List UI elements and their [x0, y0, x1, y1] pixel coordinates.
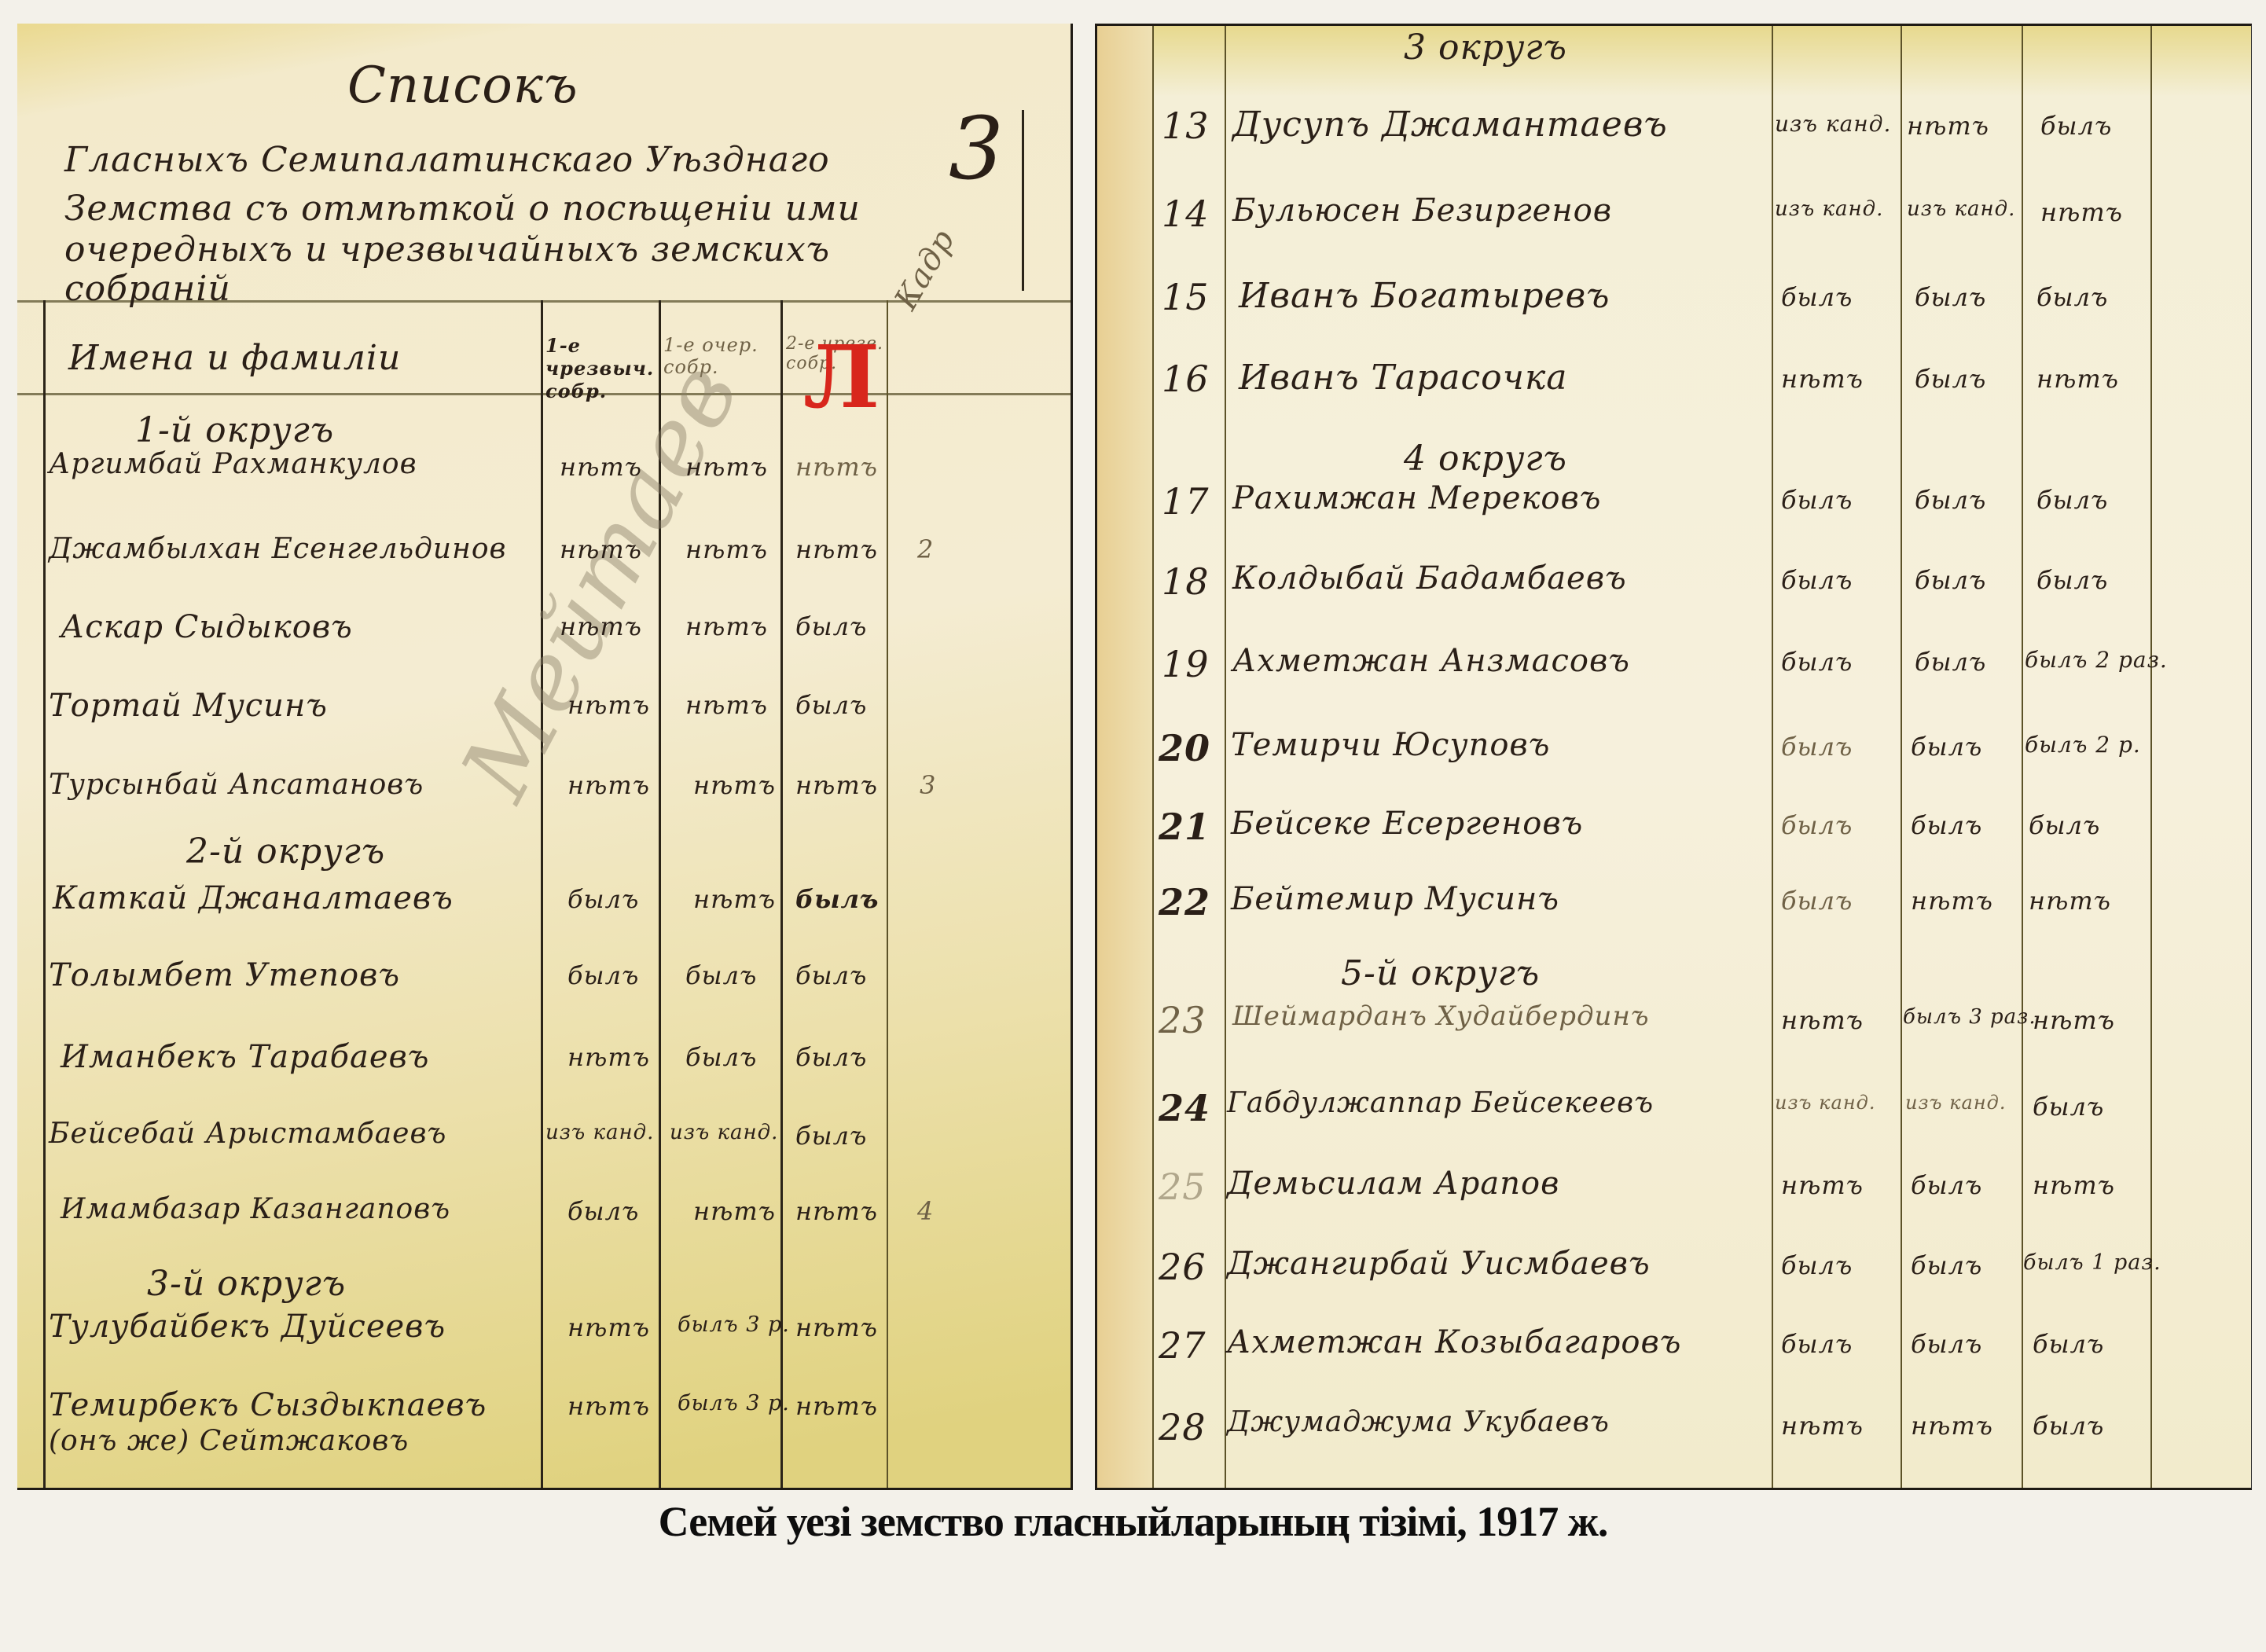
- row-col3: былъ: [795, 690, 867, 720]
- row-col1: нѣтъ: [1781, 364, 1864, 394]
- row-col1: былъ: [1781, 1329, 1853, 1359]
- row-col2: былъ: [1911, 1329, 1982, 1359]
- row-col1: нѣтъ: [567, 690, 650, 720]
- row-col3: былъ: [2033, 1092, 2104, 1122]
- column-rule-name: [541, 300, 543, 1488]
- row-name: Бейсебай Арыстамбаевъ: [49, 1118, 446, 1150]
- row-name: Демьсилам Арапов: [1227, 1166, 1559, 1202]
- row-col1: нѣтъ: [1781, 1005, 1864, 1035]
- row-number: 27: [1159, 1324, 1206, 1367]
- row-col2: изъ канд.: [670, 1121, 778, 1144]
- row-name: Колдыбай Бадамбаевъ: [1232, 560, 1627, 597]
- row-name: Каткай Джаналтаевъ: [53, 880, 454, 916]
- row-col1: былъ: [567, 884, 639, 914]
- row-name: Бейтемир Мусинъ: [1231, 881, 1559, 917]
- column-rule-number: [1152, 26, 1154, 1488]
- row-col2: нѣтъ: [685, 534, 768, 564]
- section-heading: 1-й округъ: [135, 410, 334, 450]
- section-heading: 3 округъ: [1404, 28, 1567, 68]
- column-rule-number: [43, 300, 46, 1488]
- row-col3: нѣтъ: [2029, 886, 2111, 916]
- row-number: 14: [1162, 193, 1210, 235]
- row-col2: нѣтъ: [1911, 1411, 1993, 1441]
- right-document-page: 3 округъ 13 Дусупъ Джамантаевъ изъ канд.…: [1095, 24, 2252, 1490]
- column-rule-col2: [1901, 26, 1902, 1488]
- row-col2: былъ: [1915, 364, 1986, 394]
- row-number: 21: [1159, 806, 1210, 848]
- row-col1: нѣтъ: [560, 534, 642, 564]
- subtitle-line-2: Земства съ отмѣткой о посѣщеніи ими: [64, 189, 861, 229]
- row-col1: изъ канд.: [1775, 1092, 1875, 1114]
- row-col2: былъ: [1911, 732, 1982, 762]
- row-col3: былъ: [2033, 1329, 2104, 1359]
- row-col1: былъ: [1781, 810, 1853, 840]
- row-margin-note: 2: [917, 534, 934, 564]
- row-col3: былъ: [2029, 810, 2100, 840]
- page-edge-strip: [1097, 26, 1152, 1488]
- row-col3: былъ: [2040, 111, 2112, 141]
- column-rule-name: [1225, 26, 1226, 1488]
- row-col3: нѣтъ: [795, 1196, 878, 1226]
- row-name: Габдулжаппар Бейсекеевъ: [1227, 1087, 1654, 1119]
- row-col1: нѣтъ: [567, 1391, 650, 1421]
- header-names: Имена и фамиліи: [68, 338, 401, 378]
- row-col2: нѣтъ: [685, 611, 768, 641]
- header-bottom-rule: [17, 393, 1071, 395]
- row-number: 18: [1162, 560, 1210, 603]
- row-name: Имамбазар Казангаповъ: [61, 1193, 450, 1225]
- row-name: Тортай Мусинъ: [49, 688, 328, 724]
- row-col1: былъ: [1781, 732, 1853, 762]
- row-col1: былъ: [567, 1196, 639, 1226]
- row-name: Джамбылхан Есенгельдинов: [49, 533, 506, 565]
- row-col3: былъ: [2036, 485, 2108, 515]
- row-col2: былъ: [1911, 1250, 1982, 1280]
- row-col3: нѣтъ: [2033, 1170, 2115, 1200]
- row-number: 24: [1159, 1087, 1210, 1129]
- section-heading: 2-й округъ: [186, 832, 385, 872]
- corner-bracket-rule: [1022, 110, 1024, 291]
- row-name: Иванъ Богатыревъ: [1239, 276, 1610, 316]
- row-name: Аскар Сыдыковъ: [61, 609, 353, 645]
- row-col3: нѣтъ: [795, 1312, 878, 1342]
- section-heading: 3-й округъ: [147, 1264, 346, 1304]
- row-col2: нѣтъ: [1907, 111, 1989, 141]
- section-heading: 4 округъ: [1404, 439, 1567, 479]
- red-ink-mark: Л: [803, 326, 880, 428]
- row-col1: нѣтъ: [567, 770, 650, 800]
- row-number: 13: [1162, 105, 1210, 147]
- row-number: 28: [1159, 1406, 1206, 1448]
- row-number: 25: [1159, 1166, 1206, 1208]
- document-title: Списокъ: [347, 57, 578, 115]
- row-name: Тулубайбекъ Дуйсеевъ: [49, 1309, 446, 1345]
- row-col2: нѣтъ: [685, 452, 768, 482]
- subtitle-line-1: Гласныхъ Семипалатинскаго Уѣзднаго: [64, 140, 830, 180]
- row-col2: былъ: [1915, 565, 1986, 595]
- row-name: Толымбет Утеповъ: [49, 957, 400, 993]
- row-col2: былъ: [1911, 1170, 1982, 1200]
- row-name: Иванъ Тарасочка: [1239, 358, 1568, 398]
- row-col3: былъ: [795, 1121, 867, 1151]
- row-col2: былъ: [1915, 485, 1986, 515]
- row-col3: нѣтъ: [2040, 197, 2123, 227]
- row-col1: изъ канд.: [1775, 197, 1883, 221]
- row-margin-note: 3: [920, 770, 936, 800]
- row-col1: былъ: [1781, 485, 1853, 515]
- row-name: Рахимжан Мерековъ: [1232, 480, 1601, 516]
- row-col1: нѣтъ: [1781, 1411, 1864, 1441]
- row-name: Дусупъ Джамантаевъ: [1232, 105, 1668, 145]
- row-number: 26: [1159, 1246, 1206, 1288]
- row-col1: былъ: [1781, 565, 1853, 595]
- row-col1: изъ канд.: [1775, 111, 1891, 137]
- row-col1: нѣтъ: [1781, 1170, 1864, 1200]
- row-name: Джумаджума Укубаевъ: [1227, 1406, 1610, 1438]
- row-col3: былъ: [795, 1042, 867, 1072]
- row-col2: былъ: [685, 960, 757, 990]
- row-col2: былъ: [685, 1042, 757, 1072]
- row-col3: нѣтъ: [795, 534, 878, 564]
- row-name: Ахметжан Козыбагаровъ: [1227, 1324, 1681, 1360]
- column-rule-col2: [780, 300, 783, 1488]
- row-col1: нѣтъ: [560, 611, 642, 641]
- row-col3: нѣтъ: [795, 1391, 878, 1421]
- row-col3: былъ: [2036, 565, 2108, 595]
- row-col3: былъ: [2036, 282, 2108, 312]
- row-name: Иманбекъ Тарабаевъ: [61, 1039, 429, 1075]
- row-number: 16: [1162, 358, 1210, 400]
- row-col3: нѣтъ: [2033, 1005, 2115, 1035]
- row-col1: былъ: [567, 960, 639, 990]
- section-heading: 5-й округъ: [1341, 953, 1540, 993]
- subtitle-line-3: очередныхъ и чрезвычайныхъ земскихъ: [64, 229, 830, 270]
- row-name: Бульюсен Безиргенов: [1232, 193, 1612, 229]
- row-name: Шеймарданъ Худайбердинъ: [1232, 1000, 1650, 1032]
- row-number: 20: [1159, 727, 1210, 769]
- left-document-page: Списокъ Гласныхъ Семипалатинскаго Уѣздна…: [17, 24, 1073, 1490]
- corner-mark: 3: [949, 98, 1004, 199]
- row-col2: былъ 3 р.: [678, 1391, 790, 1415]
- row-number: 23: [1159, 999, 1206, 1041]
- row-col3: былъ: [795, 884, 879, 914]
- row-number: 17: [1162, 480, 1210, 523]
- row-col1: нѣтъ: [567, 1312, 650, 1342]
- row-margin-note: 4: [917, 1196, 934, 1226]
- row-col2: былъ 3 раз.: [1903, 1005, 2036, 1029]
- row-col2: нѣтъ: [685, 690, 768, 720]
- row-col2: изъ канд.: [1905, 1092, 2006, 1114]
- row-col3: нѣтъ: [795, 452, 878, 482]
- row-col2: былъ: [1915, 647, 1986, 677]
- row-col1: нѣтъ: [560, 452, 642, 482]
- row-col1: нѣтъ: [567, 1042, 650, 1072]
- row-col2: былъ: [1911, 810, 1982, 840]
- row-col3: былъ: [795, 611, 867, 641]
- row-col2: нѣтъ: [693, 770, 776, 800]
- row-name: Темирчи Юсуповъ: [1231, 727, 1550, 763]
- row-col1: былъ: [1781, 647, 1853, 677]
- column-rule-col3: [887, 300, 888, 1488]
- row-col3: былъ: [2033, 1411, 2104, 1441]
- row-col3: нѣтъ: [2036, 364, 2119, 394]
- row-col3: былъ 2 раз.: [2025, 647, 2168, 673]
- subtitle-line-4: собраній: [64, 269, 231, 309]
- row-name: Бейсеке Есергеновъ: [1231, 806, 1583, 842]
- row-col3: нѣтъ: [795, 770, 878, 800]
- row-col2: нѣтъ: [693, 884, 776, 914]
- figure-caption: Семей уезі земство гласныйларының тізімі…: [0, 1497, 2266, 1546]
- row-name: Турсынбай Апсатановъ: [49, 769, 424, 801]
- row-col3: былъ 2 р.: [2025, 732, 2141, 758]
- row-col2: нѣтъ: [1911, 886, 1993, 916]
- pencil-annotation: Мейтаев: [441, 346, 760, 817]
- row-name: Аргимбай Рахманкулов: [49, 448, 417, 480]
- row-name: Ахметжан Анзмасовъ: [1232, 643, 1630, 679]
- row-col1: былъ: [1781, 282, 1853, 312]
- row-col2: былъ: [1915, 282, 1986, 312]
- row-col2: изъ канд.: [1907, 197, 2015, 221]
- row-number: 15: [1162, 276, 1210, 318]
- row-name-alt: (онъ же) Сейтжаковъ: [49, 1425, 409, 1457]
- row-number: 22: [1159, 881, 1210, 923]
- row-col2: былъ 3 р.: [678, 1312, 790, 1337]
- row-name: Джангирбай Уисмбаевъ: [1227, 1246, 1651, 1282]
- column-rule-col1: [1772, 26, 1773, 1488]
- row-col3: былъ 1 раз.: [2023, 1250, 2161, 1275]
- row-col1: изъ канд.: [545, 1121, 654, 1144]
- row-col1: былъ: [1781, 886, 1853, 916]
- row-number: 19: [1162, 643, 1210, 685]
- row-col1: былъ: [1781, 1250, 1853, 1280]
- row-col3: былъ: [795, 960, 867, 990]
- row-name: Темирбекъ Сыздыкпаевъ: [49, 1387, 487, 1423]
- row-col2: нѣтъ: [693, 1196, 776, 1226]
